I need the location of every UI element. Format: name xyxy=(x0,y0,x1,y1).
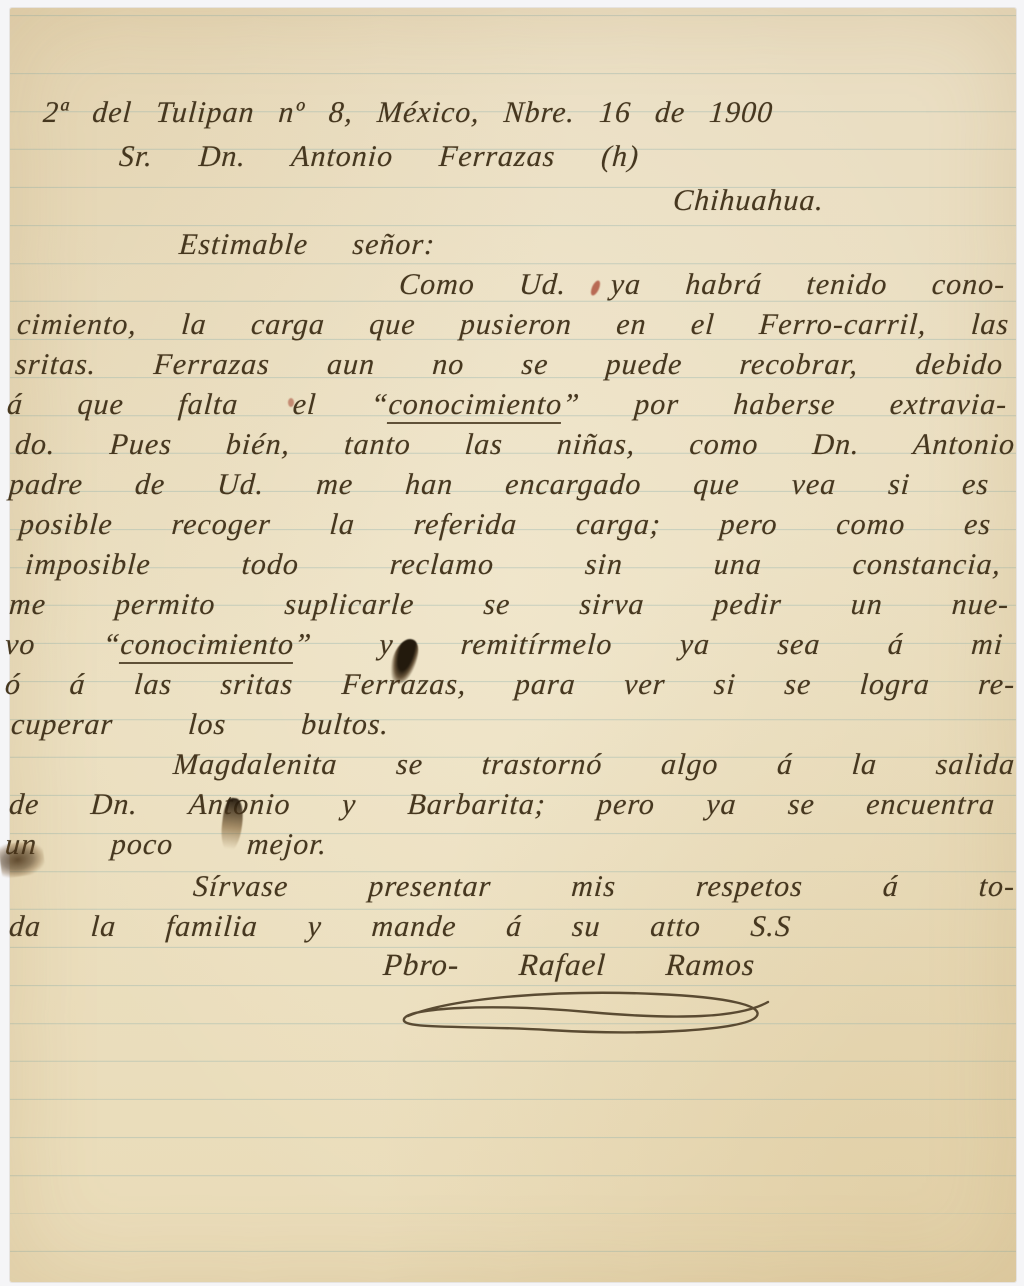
salutation-line: Estimable señor: xyxy=(178,228,436,262)
underlined-word: conocimiento xyxy=(119,628,295,664)
ink-smudge xyxy=(0,839,46,879)
letter-content: 2ª del Tulipan nº 8, México, Nbre. 16 de… xyxy=(0,0,1024,1286)
scanned-letter-page: 2ª del Tulipan nº 8, México, Nbre. 16 de… xyxy=(0,0,1024,1286)
signature-line: Pbro- Rafael Ramos xyxy=(382,948,756,982)
body-line: cuperar los bultos. xyxy=(10,708,390,742)
body-line: me permito suplicarle se sirva pedir un … xyxy=(8,588,1010,622)
body-line: de Dn. Antonio y Barbarita; pero ya se e… xyxy=(8,788,996,822)
address-date-line: 2ª del Tulipan nº 8, México, Nbre. 16 de… xyxy=(42,96,774,130)
body-text-segment: ” por haberse extravia- xyxy=(561,388,1008,421)
underlined-word: conocimiento xyxy=(387,388,563,424)
body-line: ó á las sritas Ferrazas, para ver si se … xyxy=(4,668,1016,702)
body-line: á que falta el “conocimiento” por habers… xyxy=(6,388,1008,422)
place-line: Chihuahua. xyxy=(672,184,942,218)
body-line: do. Pues bién, tanto las niñas, como Dn.… xyxy=(14,428,1016,462)
body-line: Magdalenita se trastornó algo á la salid… xyxy=(172,748,1016,782)
red-stain-small xyxy=(288,398,294,407)
body-line: un poco mejor. xyxy=(4,828,328,862)
body-line: imposible todo reclamo sin una constanci… xyxy=(24,548,1002,582)
body-line: da la familia y mande á su atto S.S xyxy=(8,910,792,944)
body-text-segment: á que falta el “ xyxy=(6,388,390,421)
body-line: sritas. Ferrazas aun no se puede recobra… xyxy=(14,348,1004,382)
signature-flourish xyxy=(388,984,778,1042)
body-line: padre de Ud. me han encargado que vea si… xyxy=(8,468,990,502)
body-line: vo “conocimiento” y remitírmelo ya sea á… xyxy=(4,628,1004,662)
recipient-line: Sr. Dn. Antonio Ferrazas (h) xyxy=(118,140,640,174)
body-text-segment: vo “ xyxy=(4,628,122,661)
body-line: Sírvase presentar mis respetos á to- xyxy=(192,870,1016,904)
body-line: cimiento, la carga que pusieron en el Fe… xyxy=(16,308,1010,342)
body-line: Como Ud. ya habrá tenido cono- xyxy=(398,268,1006,302)
body-line: posible recoger la referida carga; pero … xyxy=(18,508,992,542)
